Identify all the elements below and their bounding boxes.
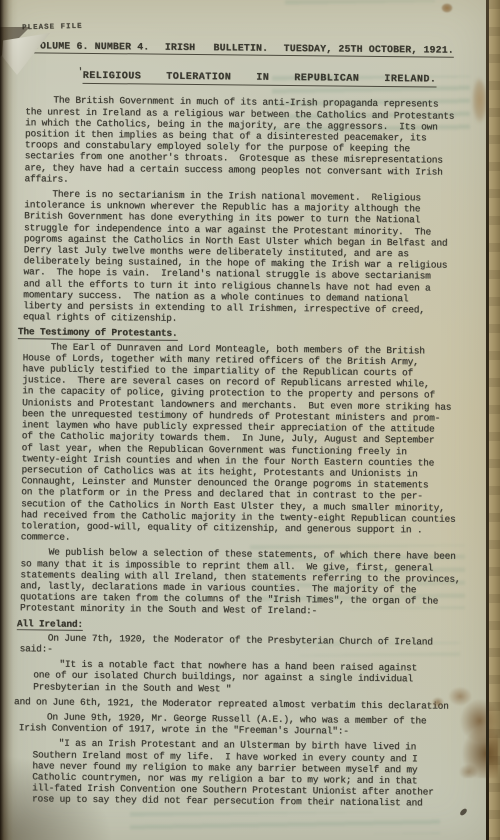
article-title-row: 'RELIGIOUS TOLERATION IN REPUBLICAN IREL… — [78, 67, 478, 86]
paragraph-june-6-repeated: and on June 6th, 1921, the Moderator rep… — [14, 696, 471, 712]
section-heading-all-ireland: All Ireland: — [17, 618, 472, 634]
page-edge-seam — [486, 0, 489, 840]
masthead-volume-number: VOLUME 6. NUMBER 4. — [34, 40, 150, 52]
paragraph-earl-of-dunraven: The Earl of Dunraven and Lord Monteagle,… — [21, 341, 475, 547]
please-file-stamp: PLEASE FILE — [22, 22, 83, 35]
article-title: RELIGIOUS TOLERATION IN REPUBLICAN IRELA… — [83, 71, 437, 88]
masthead-date: TUESDAY, 25TH OCTOBER, 1921. — [284, 43, 454, 56]
masthead-publication-name: IRISH BULLETIN. — [165, 42, 268, 54]
paragraph-british-government: The British Government in much of its an… — [24, 95, 477, 189]
paragraph-we-publish-below: We publish below a selection of these st… — [20, 547, 473, 619]
paragraph-george-russell: On June 9th, 1920, Mr. George Russell (A… — [19, 711, 471, 738]
document-paper: PLEASE FILE VOLUME 6. NUMBER 4. IRISH BU… — [0, 0, 487, 840]
masthead: VOLUME 6. NUMBER 4. IRISH BULLETIN. TUES… — [34, 40, 454, 58]
binding-gutter — [0, 0, 18, 840]
paragraph-june-7-moderator: On June 7th, 1920, the Moderator of the … — [20, 632, 472, 659]
typed-content: PLEASE FILE VOLUME 6. NUMBER 4. IRISH BU… — [0, 0, 491, 840]
blockquote-moderator-statement: "It is a notable fact that nowhere has a… — [33, 659, 465, 697]
paragraph-no-sectarianism: There is no sectarianism in the Irish na… — [23, 188, 476, 327]
section-heading-testimony-of-protestants: The Testimony of Protestants. — [18, 327, 475, 343]
scanned-document-page: PLEASE FILE VOLUME 6. NUMBER 4. IRISH BU… — [0, 0, 500, 840]
blockquote-russell-statement: "I as an Irish Protestant and an Ulsterm… — [32, 738, 465, 810]
underlying-page-edge — [489, 0, 500, 840]
